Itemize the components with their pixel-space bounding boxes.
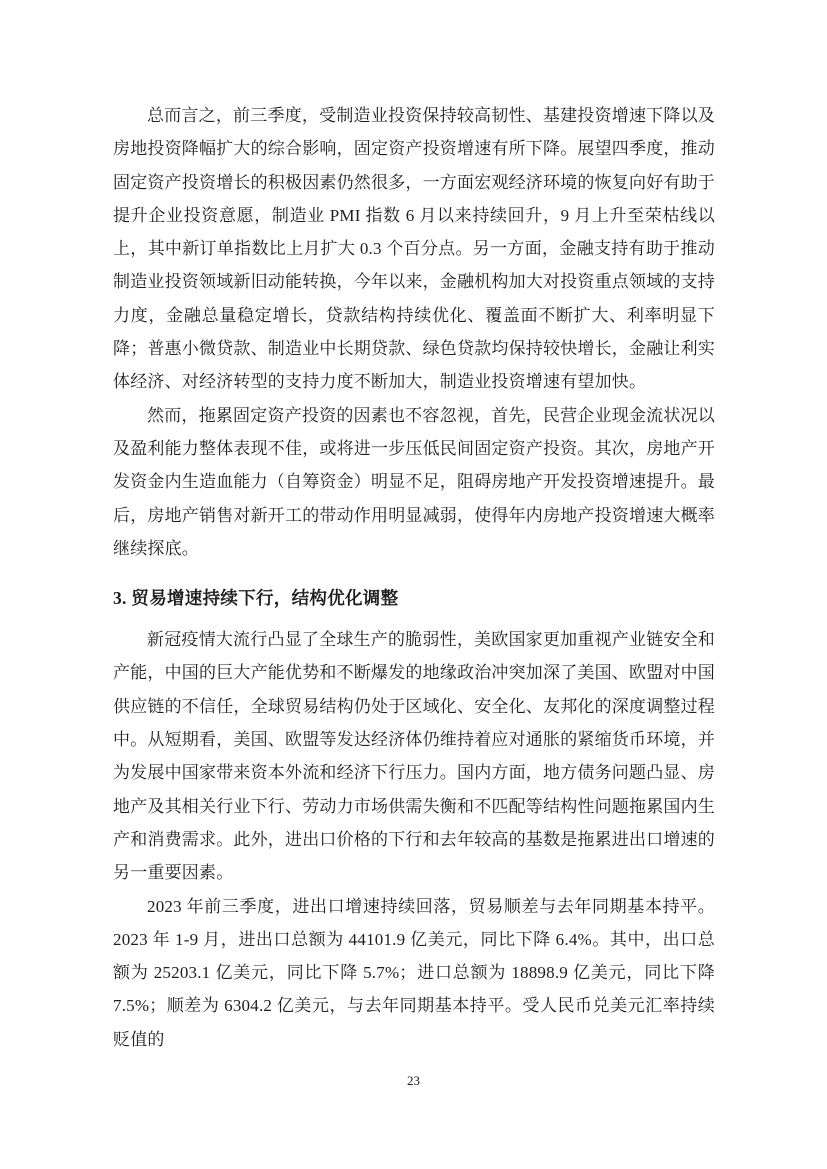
paragraph-investment-summary: 总而言之，前三季度，受制造业投资保持较高韧性、基建投资增速下降以及房地投资降幅扩… bbox=[113, 99, 715, 399]
document-page: 总而言之，前三季度，受制造业投资保持较高韧性、基建投资增速下降以及房地投资降幅扩… bbox=[0, 0, 827, 1169]
paragraph-trade-overview: 新冠疫情大流行凸显了全球生产的脆弱性，美欧国家更加重视产业链安全和产能，中国的巨… bbox=[113, 623, 715, 889]
paragraph-trade-data: 2023 年前三季度，进出口增速持续回落，贸易顺差与去年同期基本持平。2023 … bbox=[113, 890, 715, 1056]
page-number: 23 bbox=[407, 1073, 420, 1088]
section-heading-trade: 3. 贸易增速持续下行，结构优化调整 bbox=[113, 582, 715, 615]
paragraph-investment-drags: 然而，拖累固定资产投资的因素也不容忽视，首先，民营企业现金流状况以及盈利能力整体… bbox=[113, 399, 715, 565]
page-footer: 23 bbox=[0, 1072, 827, 1090]
